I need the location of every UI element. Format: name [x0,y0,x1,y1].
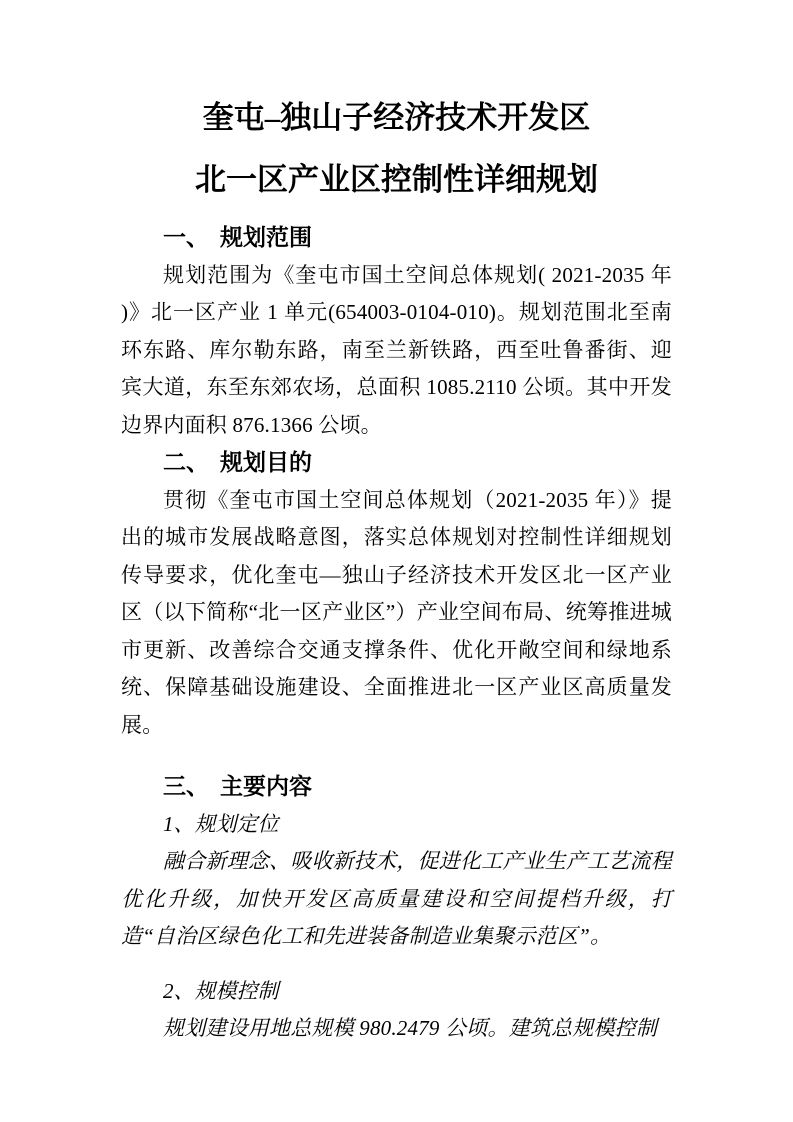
section-1-title: 规划范围 [220,224,312,250]
section-1-paragraph: 规划范围为《奎屯市国土空间总体规划( 2021-2035 年 )》北一区产业 1… [121,257,672,445]
section-2-title: 规划目的 [220,449,312,475]
section-3-paragraph-2: 规划建设用地总规模 980.2479 公顷。建筑总规模控制 [121,1010,672,1048]
document-title-line-1: 奎屯–独山子经济技术开发区 [121,87,672,149]
document-title: 奎屯–独山子经济技术开发区 北一区产业区控制性详细规划 [121,87,672,211]
section-2-number: 二、 [163,449,209,475]
section-3-number: 三、 [163,773,209,799]
section-3-paragraph-1: 融合新理念、吸收新技术，促进化工产业生产工艺流程优化升级，加快开发区高质量建设和… [121,843,672,956]
section-2-paragraph: 贯彻《奎屯市国土空间总体规划（2021-2035 年）》提出的城市发展战略意图，… [121,482,672,745]
section-3-title: 主要内容 [220,773,312,799]
section-3-subheading-2: 2、规模控制 [121,973,672,1011]
section-3-subheading-1: 1、规划定位 [121,806,672,844]
section-1-heading: 一、规划范围 [163,219,672,257]
section-2-heading: 二、规划目的 [163,444,672,482]
document-content: 奎屯–独山子经济技术开发区 北一区产业区控制性详细规划 一、规划范围 规划范围为… [0,0,793,1048]
document-page: 奎屯–独山子经济技术开发区 北一区产业区控制性详细规划 一、规划范围 规划范围为… [0,0,793,1122]
section-1-number: 一、 [163,224,209,250]
document-title-line-2: 北一区产业区控制性详细规划 [121,149,672,211]
section-3-heading: 三、主要内容 [163,768,672,806]
